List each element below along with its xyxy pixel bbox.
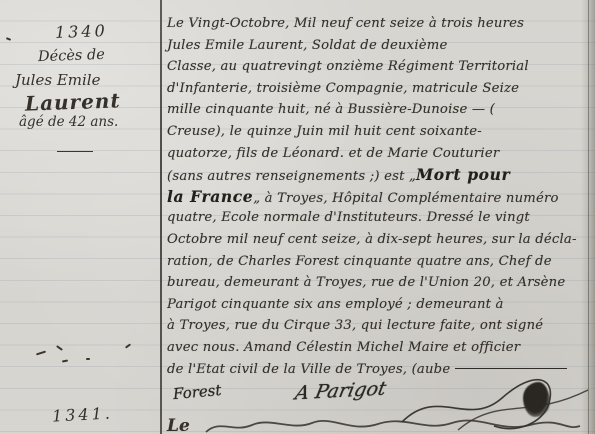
ink-speck: [6, 37, 11, 41]
body-line: la France„ à Troyes, Hôpital Complémenta…: [167, 186, 589, 208]
ink-speck: [36, 351, 46, 356]
margin-divider-line: [160, 0, 162, 434]
body-text-segment: quatre, Ecole normale d'Instituteurs. Dr…: [167, 210, 530, 225]
signature-forest: Forest: [172, 381, 222, 403]
body-line: Classe, au quatrevingt onzième Régiment …: [167, 56, 589, 78]
body-text-segment: d'Infanterie, troisième Compagnie, matri…: [167, 81, 519, 96]
mort-pour-la-france-emphasis: la France: [167, 187, 253, 206]
signature-parigot: A Parigot: [293, 378, 388, 405]
body-text-segment: bureau, demeurant à Troyes, rue de l'Uni…: [167, 275, 565, 290]
margin-name-line2: Laurent: [25, 88, 121, 115]
body-text-segment: „ à Troyes, Hôpital Complémentaire numér…: [253, 191, 558, 206]
body-line: à Troyes, rue du Cirque 33, qui lecture …: [167, 315, 589, 337]
next-entry-partial: Le: [167, 416, 190, 434]
margin-deces-label: Décès de: [38, 47, 105, 65]
margin-age-line: âgé de 42 ans.: [19, 114, 118, 130]
body-line: ration, de Charles Forest cinquante quat…: [167, 251, 589, 273]
body-text-segment: ration, de Charles Forest cinquante quat…: [167, 254, 552, 269]
body-line: Le Vingt-Octobre, Mil neuf cent seize à …: [167, 13, 589, 35]
register-page: 1340 Décès de Jules Emile Laurent âgé de…: [0, 0, 595, 434]
ink-speck: [56, 345, 63, 351]
body-line: quatorze, fils de Léonard. et de Marie C…: [167, 143, 589, 165]
body-text-segment: Classe, au quatrevingt onzième Régiment …: [167, 59, 529, 74]
margin-name-line1: Jules Emile: [15, 71, 100, 89]
body-text-segment: Parigot cinquante six ans employé ; deme…: [167, 297, 504, 312]
filler-rule: [455, 368, 567, 369]
body-text-segment: avec nous. Amand Célestin Michel Maire e…: [167, 340, 520, 355]
mort-pour-la-france-emphasis: Mort pour: [416, 165, 510, 184]
body-line: bureau, demeurant à Troyes, rue de l'Uni…: [167, 272, 589, 294]
body-text-segment: Creuse), le quinze Juin mil huit cent so…: [167, 124, 482, 139]
body-line: (sans autres renseignements ;) est „Mort…: [167, 164, 589, 186]
body-text-segment: (sans autres renseignements ;) est „: [167, 169, 416, 184]
body-text-segment: quatorze, fils de Léonard. et de Marie C…: [167, 146, 499, 161]
ink-speck: [86, 358, 90, 360]
body-text-segment: mille cinquante huit, né à Bussière-Duno…: [167, 102, 495, 117]
body-text-segment: à Troyes, rue du Cirque 33, qui lecture …: [167, 318, 543, 333]
body-text-segment: de l'Etat civil de la Ville de Troyes, (…: [167, 362, 450, 377]
record-number: 1340: [55, 21, 108, 42]
body-line: mille cinquante huit, né à Bussière-Duno…: [167, 99, 589, 121]
act-body-text: Le Vingt-Octobre, Mil neuf cent seize à …: [167, 13, 589, 380]
body-line: Creuse), le quinze Juin mil huit cent so…: [167, 121, 589, 143]
body-text-segment: Octobre mil neuf cent seize, à dix-sept …: [167, 232, 577, 247]
body-line: Jules Emile Laurent, Soldat de deuxième: [167, 35, 589, 57]
body-line: d'Infanterie, troisième Compagnie, matri…: [167, 78, 589, 100]
body-line: avec nous. Amand Célestin Michel Maire e…: [167, 337, 589, 359]
ink-speck: [62, 359, 68, 362]
body-line: Parigot cinquante six ans employé ; deme…: [167, 294, 589, 316]
ink-blot: [523, 382, 550, 417]
body-line: Octobre mil neuf cent seize, à dix-sept …: [167, 229, 589, 251]
body-text-segment: Le Vingt-Octobre, Mil neuf cent seize à …: [167, 16, 524, 31]
body-line: quatre, Ecole normale d'Instituteurs. Dr…: [167, 207, 589, 229]
margin-underline: [57, 151, 93, 152]
body-text-segment: Jules Emile Laurent, Soldat de deuxième: [167, 38, 447, 53]
next-record-number: 1341.: [52, 403, 114, 425]
next-entry-strokes-icon: [200, 417, 585, 434]
ink-speck: [125, 343, 131, 348]
